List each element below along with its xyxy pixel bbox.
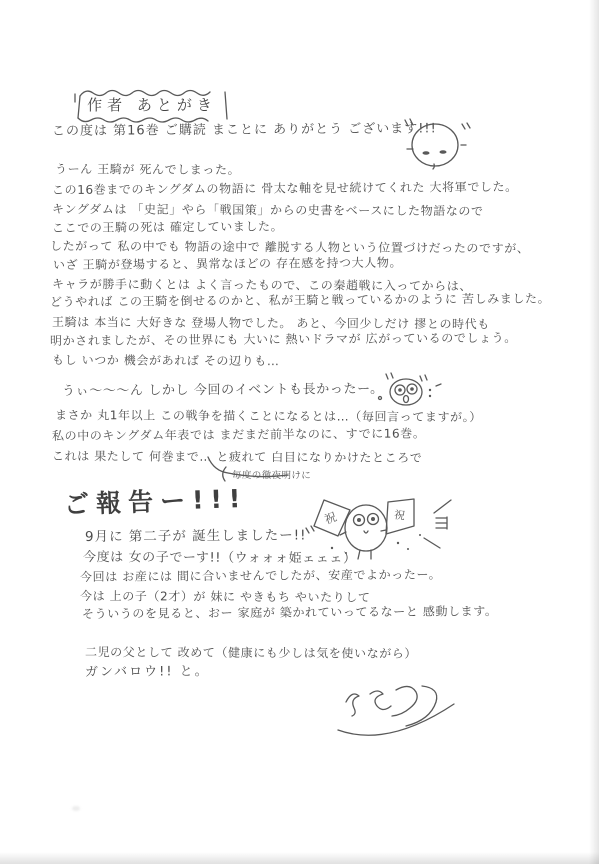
- afterword-line: 私の中のキングダム年表では まだまだ前半なのに、すでに16巻。: [52, 426, 426, 443]
- scan-edge-bottom: [0, 852, 599, 864]
- page-title: 作者 あとがき: [72, 84, 232, 124]
- afterword-line: そういうのを見ると、おー 家庭が 築かれていってるなーと 感動します。: [82, 604, 498, 621]
- afterword-line: したがって 私の中でも 物語の途中で 離脱する人物という位置づけだったのですが、: [50, 239, 530, 256]
- afterword-line: 9月に 第二子が 誕生しましたー!!: [85, 527, 307, 545]
- afterword-line: どうやれば この王騎を倒せるのかと、私が王騎と戦っているかのように 苦しみました…: [50, 292, 550, 310]
- flag-text: 祝: [393, 508, 406, 522]
- stray-pencil-mark: [72, 806, 80, 811]
- confetti-icon: [424, 500, 451, 548]
- afterword-line: 今度は 女の子でーす!!（ウォォォ姫ェェェ）: [83, 550, 357, 567]
- afterword-line: いざ 王騎が登場すると、異常なほどの 存在感を持つ大人物。: [53, 256, 402, 273]
- afterword-line: 今回は お産には 間に合いませんでしたが、安産でよかったー。: [80, 567, 441, 584]
- afterword-line: キングダムは 「史記」やら「戦国策」からの史書をベースにした物語なので: [52, 202, 484, 219]
- surprised-bird-icon: [372, 368, 447, 416]
- afterword-line: 二児の父として 改めて（健康にも少しは気を使いながら）: [85, 645, 417, 661]
- flag-text: 祝: [323, 510, 339, 527]
- afterword-page: 作者 あとがき この度は 第16巻 ご購読 まことに ありがとう ございます!!…: [0, 0, 599, 864]
- scan-edge-right: [589, 0, 599, 864]
- afterword-line: 王騎は 本当に 大好きな 登場人物でした。 あと、今回少しだけ 摎との時代も: [52, 315, 490, 332]
- afterword-line: この16巻までのキングダムの物語に 骨太な軸を見せ続けてくれた 大将軍でした。: [52, 180, 518, 198]
- afterword-line: うぃ～～～ん しかし 今回のイベントも長かったー。: [62, 382, 384, 400]
- afterword-line: ここでの王騎の死は 確定していました。: [52, 219, 283, 235]
- title-box: 作者 あとがき: [72, 84, 232, 124]
- afterword-line: もし いつか 機会があれば その辺りも…: [52, 353, 280, 369]
- afterword-line: キャラが勝手に動くとは よく言ったもので、この秦趙戦に入ってからは、: [52, 277, 472, 294]
- greeting-line: この度は 第16巻 ご購読 まことに ありがとう ございます!!!: [52, 121, 437, 139]
- afterword-line: うーん 王騎が 死んでしまった。: [55, 162, 240, 177]
- report-heading: ご報告ー!!!: [63, 479, 247, 521]
- afterword-line: 明かされましたが、その世界にも 大いに 熱いドラマが 広がっているのでしょう。: [50, 331, 517, 349]
- afterword-line: 今は 上の子（2才）が 妹に やきもち やいたりして: [80, 589, 371, 605]
- bowing-bird-icon: [395, 112, 480, 182]
- afterword-line: ガンバロウ!! と。: [85, 664, 210, 680]
- author-signature: [322, 678, 472, 742]
